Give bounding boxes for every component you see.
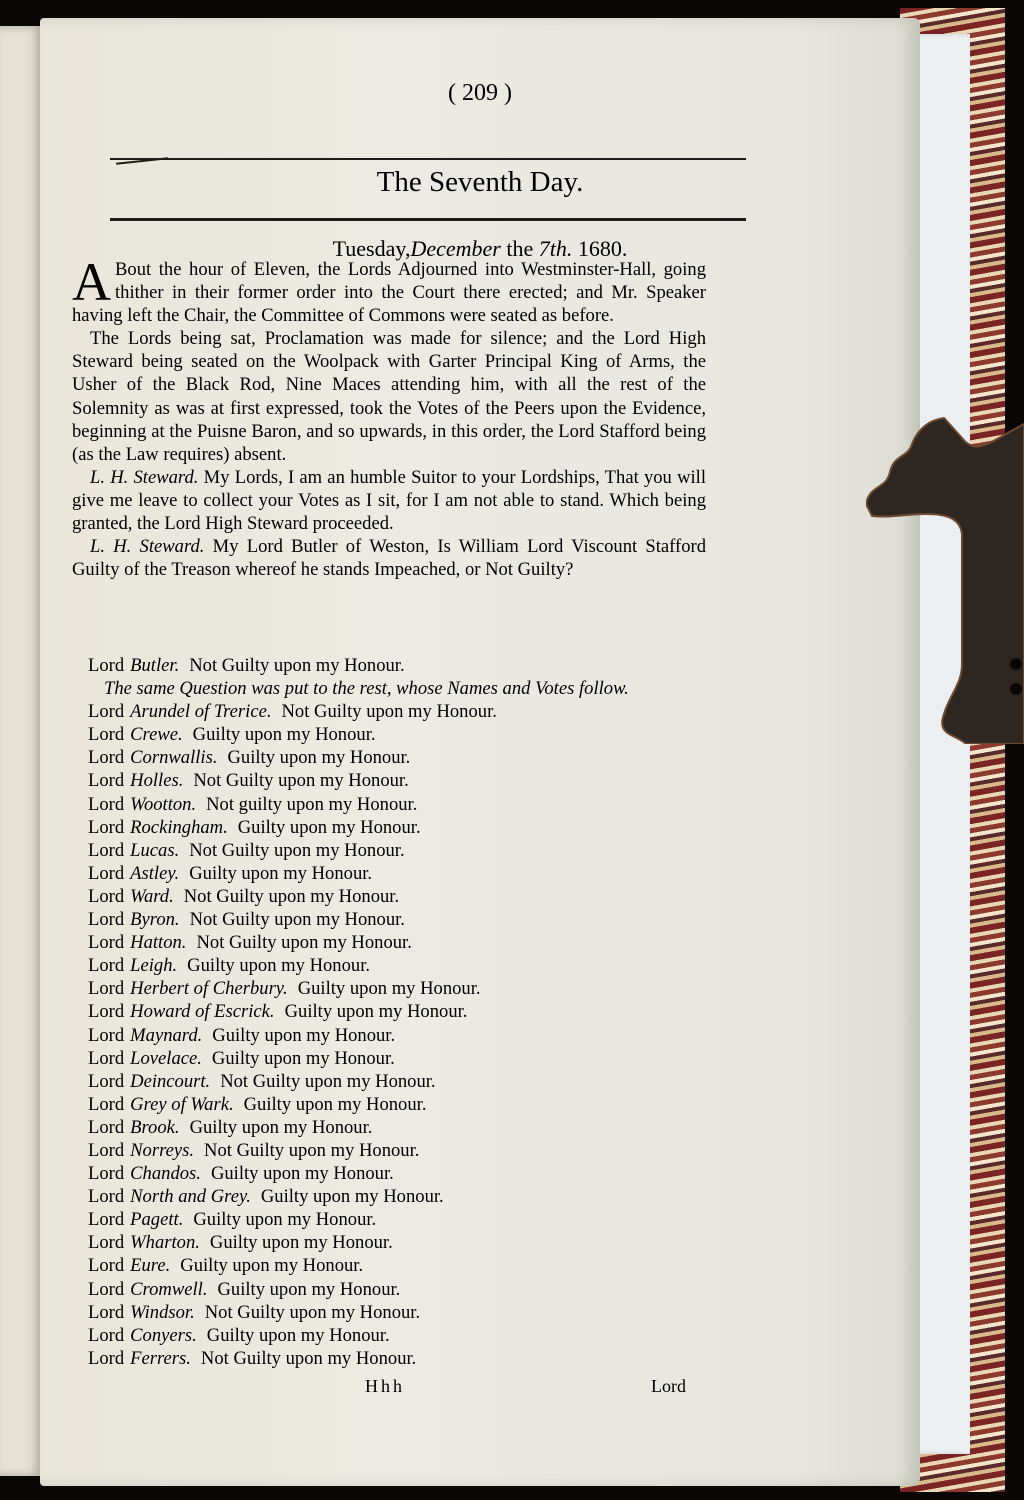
vote-name: Lucas. xyxy=(130,840,179,861)
vote-value: Not Guilty upon my Honour. xyxy=(184,886,399,907)
catchword: Lord xyxy=(651,1376,686,1397)
vote-name: Cornwallis. xyxy=(130,747,217,768)
vote-name: Wootton. xyxy=(130,794,196,815)
vote-row: LordAstley.Guilty upon my Honour. xyxy=(88,862,708,885)
vote-row: LordHolles.Not Guilty upon my Honour. xyxy=(88,769,708,792)
vote-name: Deincourt. xyxy=(130,1071,210,1092)
vote-name: Hatton. xyxy=(130,932,186,953)
paragraph-steward-2: L. H. Steward. My Lord Butler of Weston,… xyxy=(72,535,706,581)
paragraph-proclamation: The Lords being sat, Proclamation was ma… xyxy=(72,327,706,466)
vote-prefix: Lord xyxy=(88,1025,124,1046)
vote-name: Eure. xyxy=(130,1255,170,1276)
vote-value: Guilty upon my Honour. xyxy=(212,1025,395,1046)
vote-prefix: Lord xyxy=(88,1071,124,1092)
paragraph-text: Bout the hour of Eleven, the Lords Adjou… xyxy=(72,259,706,326)
vote-value: Guilty upon my Honour. xyxy=(187,955,370,976)
vote-name: Holles. xyxy=(130,770,183,791)
vote-prefix: Lord xyxy=(88,770,124,791)
intro-line: The same Question was put to the rest, w… xyxy=(88,677,708,700)
vote-prefix: Lord xyxy=(88,1279,124,1300)
vote-value: Not Guilty upon my Honour. xyxy=(196,932,411,953)
vote-value: Guilty upon my Honour. xyxy=(217,1279,400,1300)
vote-name: Cromwell. xyxy=(130,1279,207,1300)
vote-prefix: Lord xyxy=(88,978,124,999)
vote-value: Guilty upon my Honour. xyxy=(193,1209,376,1230)
vote-name: Grey of Wark. xyxy=(130,1094,233,1115)
header-rule-top xyxy=(110,158,746,160)
vote-name: Brook. xyxy=(130,1117,179,1138)
vote-row: LordDeincourt.Not Guilty upon my Honour. xyxy=(88,1070,708,1093)
vote-prefix: Lord xyxy=(88,817,124,838)
vote-name: Conyers. xyxy=(130,1325,197,1346)
vote-name: North and Grey. xyxy=(130,1186,251,1207)
signature-mark: Hhh xyxy=(365,1376,405,1397)
header-rule-bottom xyxy=(110,218,746,221)
vote-name: Byron. xyxy=(130,909,179,930)
vote-name: Pagett. xyxy=(130,1209,183,1230)
vote-prefix: Lord xyxy=(88,747,124,768)
vote-name: Norreys. xyxy=(130,1140,194,1161)
vote-prefix: Lord xyxy=(88,1302,124,1323)
speaker-label: L. H. Steward. xyxy=(90,467,198,488)
vote-name: Crewe. xyxy=(130,724,183,745)
vote-name: Lovelace. xyxy=(130,1048,202,1069)
vote-prefix: Lord xyxy=(88,840,124,861)
metal-clasp-icon xyxy=(866,414,1024,744)
vote-prefix: Lord xyxy=(88,1163,124,1184)
vote-value: Not Guilty upon my Honour. xyxy=(205,1302,420,1323)
vote-list: LordButler.Not Guilty upon my Honour. Th… xyxy=(88,654,708,1370)
page-number: ( 209 ) xyxy=(40,80,920,107)
vote-value: Guilty upon my Honour. xyxy=(298,978,481,999)
vote-row: LordCromwell.Guilty upon my Honour. xyxy=(88,1278,708,1301)
vote-row: LordGrey of Wark.Guilty upon my Honour. xyxy=(88,1093,708,1116)
vote-prefix: Lord xyxy=(88,955,124,976)
vote-value: Not Guilty upon my Honour. xyxy=(201,1348,416,1369)
vote-row: LordConyers.Guilty upon my Honour. xyxy=(88,1324,708,1347)
vote-row: LordWootton.Not guilty upon my Honour. xyxy=(88,793,708,816)
first-vote: LordButler.Not Guilty upon my Honour. xyxy=(88,654,708,677)
left-facing-page-edge xyxy=(0,26,42,1476)
vote-prefix: Lord xyxy=(88,1094,124,1115)
body-text: ABout the hour of Eleven, the Lords Adjo… xyxy=(72,258,706,581)
vote-prefix: Lord xyxy=(88,655,124,676)
vote-prefix: Lord xyxy=(88,1232,124,1253)
vote-prefix: Lord xyxy=(88,724,124,745)
vote-value: Guilty upon my Honour. xyxy=(193,724,376,745)
vote-row: LordEure.Guilty upon my Honour. xyxy=(88,1254,708,1277)
vote-name: Windsor. xyxy=(130,1302,195,1323)
vote-row: LordFerrers.Not Guilty upon my Honour. xyxy=(88,1347,708,1370)
vote-value: Not Guilty upon my Honour. xyxy=(189,840,404,861)
vote-prefix: Lord xyxy=(88,886,124,907)
vote-prefix: Lord xyxy=(88,1140,124,1161)
vote-value: Guilty upon my Honour. xyxy=(189,863,372,884)
vote-value: Not guilty upon my Honour. xyxy=(206,794,417,815)
vote-row: LordHatton.Not Guilty upon my Honour. xyxy=(88,931,708,954)
vote-prefix: Lord xyxy=(88,701,124,722)
vote-name: Howard of Escrick. xyxy=(130,1001,274,1022)
vote-row: LordHerbert of Cherbury.Guilty upon my H… xyxy=(88,977,708,1000)
vote-row: LordChandos.Guilty upon my Honour. xyxy=(88,1162,708,1185)
vote-row: LordRockingham.Guilty upon my Honour. xyxy=(88,816,708,839)
vote-value: Guilty upon my Honour. xyxy=(244,1094,427,1115)
paragraph-opening: ABout the hour of Eleven, the Lords Adjo… xyxy=(72,258,706,327)
vote-prefix: Lord xyxy=(88,1209,124,1230)
vote-row: LordByron.Not Guilty upon my Honour. xyxy=(88,908,708,931)
vote-row: LordLeigh.Guilty upon my Honour. xyxy=(88,954,708,977)
vote-row: LordHoward of Escrick.Guilty upon my Hon… xyxy=(88,1000,708,1023)
vote-prefix: Lord xyxy=(88,794,124,815)
vote-value: Not Guilty upon my Honour. xyxy=(190,909,405,930)
vote-value: Guilty upon my Honour. xyxy=(180,1255,363,1276)
vote-value: Guilty upon my Honour. xyxy=(238,817,421,838)
vote-row: LordWindsor.Not Guilty upon my Honour. xyxy=(88,1301,708,1324)
speaker-label: L. H. Steward. xyxy=(90,536,204,557)
vote-row: LordPagett.Guilty upon my Honour. xyxy=(88,1208,708,1231)
vote-name: Ward. xyxy=(130,886,174,907)
vote-value: Guilty upon my Honour. xyxy=(211,1163,394,1184)
vote-prefix: Lord xyxy=(88,1001,124,1022)
vote-prefix: Lord xyxy=(88,1325,124,1346)
vote-row: LordNorreys.Not Guilty upon my Honour. xyxy=(88,1139,708,1162)
vote-prefix: Lord xyxy=(88,1348,124,1369)
vote-name: Ferrers. xyxy=(130,1348,191,1369)
vote-name: Astley. xyxy=(130,863,179,884)
vote-name: Chandos. xyxy=(130,1163,201,1184)
vote-prefix: Lord xyxy=(88,909,124,930)
vote-prefix: Lord xyxy=(88,1186,124,1207)
vote-prefix: Lord xyxy=(88,932,124,953)
vote-row: LordMaynard.Guilty upon my Honour. xyxy=(88,1024,708,1047)
vote-value: Guilty upon my Honour. xyxy=(207,1325,390,1346)
vote-name: Leigh. xyxy=(130,955,177,976)
vote-row: LordWard.Not Guilty upon my Honour. xyxy=(88,885,708,908)
vote-row: LordNorth and Grey.Guilty upon my Honour… xyxy=(88,1185,708,1208)
vote-value: Not Guilty upon my Honour. xyxy=(189,655,404,676)
vote-value: Guilty upon my Honour. xyxy=(212,1048,395,1069)
vote-name: Butler. xyxy=(130,655,179,676)
vote-value: Guilty upon my Honour. xyxy=(261,1186,444,1207)
vote-name: Maynard. xyxy=(130,1025,202,1046)
vote-prefix: Lord xyxy=(88,1048,124,1069)
vote-row: LordCornwallis.Guilty upon my Honour. xyxy=(88,746,708,769)
vote-value: Not Guilty upon my Honour. xyxy=(282,701,497,722)
vote-row: LordLovelace.Guilty upon my Honour. xyxy=(88,1047,708,1070)
vote-name: Arundel of Trerice. xyxy=(130,701,271,722)
vote-value: Guilty upon my Honour. xyxy=(190,1117,373,1138)
vote-value: Guilty upon my Honour. xyxy=(210,1232,393,1253)
vote-prefix: Lord xyxy=(88,1117,124,1138)
vote-row: LordBrook.Guilty upon my Honour. xyxy=(88,1116,708,1139)
paragraph-text: The Lords being sat, Proclamation was ma… xyxy=(72,328,706,464)
vote-row: LordCrewe.Guilty upon my Honour. xyxy=(88,723,708,746)
paragraph-steward-1: L. H. Steward. My Lords, I am an humble … xyxy=(72,466,706,535)
vote-value: Guilty upon my Honour. xyxy=(285,1001,468,1022)
vote-prefix: Lord xyxy=(88,863,124,884)
drop-cap: A xyxy=(72,260,111,304)
vote-value: Not Guilty upon my Honour. xyxy=(193,770,408,791)
section-title: The Seventh Day. xyxy=(40,166,920,199)
vote-value: Not Guilty upon my Honour. xyxy=(220,1071,435,1092)
vote-row: LordArundel of Trerice.Not Guilty upon m… xyxy=(88,700,708,723)
vote-value: Guilty upon my Honour. xyxy=(227,747,410,768)
vote-prefix: Lord xyxy=(88,1255,124,1276)
vote-name: Rockingham. xyxy=(130,817,228,838)
vote-row: LordLucas.Not Guilty upon my Honour. xyxy=(88,839,708,862)
vote-row: LordWharton.Guilty upon my Honour. xyxy=(88,1231,708,1254)
vote-name: Wharton. xyxy=(130,1232,200,1253)
vote-value: Not Guilty upon my Honour. xyxy=(204,1140,419,1161)
vote-name: Herbert of Cherbury. xyxy=(130,978,288,999)
